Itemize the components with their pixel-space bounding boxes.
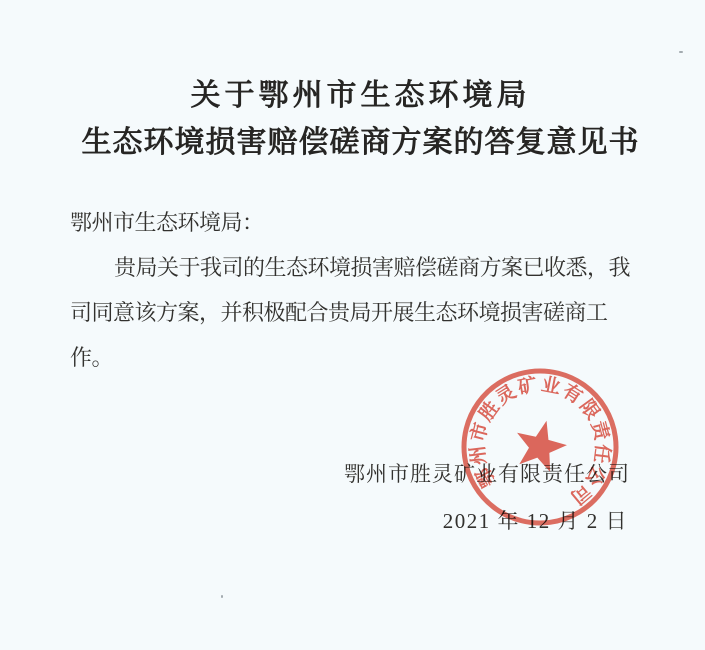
title-line-1: 关于鄂州市生态环境局 — [16, 72, 705, 119]
document-title: 关于鄂州市生态环境局 生态环境损害赔偿磋商方案的答复意见书 — [0, 72, 705, 166]
salutation: 鄂州市生态环境局： — [70, 200, 645, 245]
scan-speck — [221, 595, 223, 598]
title-line-2: 生态环境损害赔偿磋商方案的答复意见书 — [16, 119, 705, 166]
seal-star-icon — [510, 415, 572, 475]
document-page: 关于鄂州市生态环境局 生态环境损害赔偿磋商方案的答复意见书 鄂州市生态环境局： … — [0, 0, 705, 650]
body-line-1: 贵局关于我司的生态环境损害赔偿磋商方案已收悉，我 — [70, 245, 645, 290]
scan-speck — [679, 51, 683, 53]
